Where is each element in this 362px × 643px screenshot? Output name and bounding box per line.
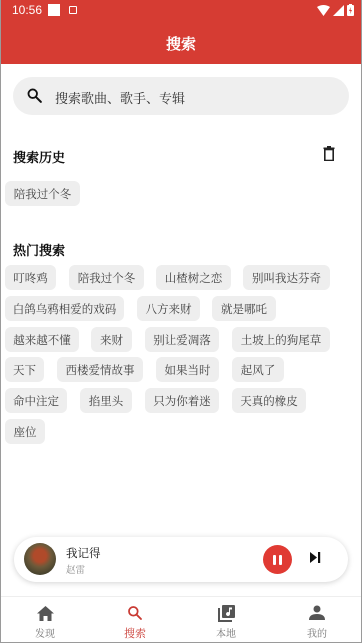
nav-label: 我的 xyxy=(307,625,327,640)
hot-search-chip[interactable]: 土坡上的狗尾草 xyxy=(232,327,330,352)
hot-search-chip[interactable]: 就是哪吒 xyxy=(212,296,276,321)
hot-search-chip[interactable]: 山楂树之恋 xyxy=(156,265,231,290)
accessibility-notification-icon xyxy=(69,6,77,14)
notification-icon xyxy=(48,4,60,16)
nav-item-discover[interactable]: 发现 xyxy=(0,597,90,643)
pause-icon-bar xyxy=(279,555,282,565)
album-cover[interactable] xyxy=(24,543,56,575)
bottom-navigation: 发现 搜索 本地 我的 xyxy=(0,596,362,643)
history-chip[interactable]: 陪我过个冬 xyxy=(5,181,80,206)
hot-search-chip[interactable]: 命中注定 xyxy=(5,388,67,413)
pause-button[interactable] xyxy=(263,545,292,574)
hot-search-chip[interactable]: 掐里头 xyxy=(80,388,132,413)
nav-item-search[interactable]: 搜索 xyxy=(90,597,180,643)
signal-icon xyxy=(333,5,344,16)
hot-search-chip[interactable]: 别叫我达芬奇 xyxy=(243,265,330,290)
search-icon xyxy=(26,87,43,104)
nav-label: 发现 xyxy=(35,625,55,640)
hot-search-chip[interactable]: 只为你着迷 xyxy=(145,388,219,413)
hot-search-chip[interactable]: 座位 xyxy=(5,419,45,444)
hot-search-chip[interactable]: 来财 xyxy=(91,327,132,352)
mini-player[interactable]: 我记得 赵雷 xyxy=(14,537,348,582)
hot-search-title: 热门搜索 xyxy=(13,240,65,259)
app-bar: 搜索 xyxy=(0,22,362,64)
status-bar: 10:56 xyxy=(0,0,362,22)
status-time: 10:56 xyxy=(12,3,42,17)
status-icons xyxy=(317,4,354,16)
hot-search-chip[interactable]: 越来越不懂 xyxy=(5,327,79,352)
search-icon xyxy=(127,605,143,621)
trash-icon[interactable] xyxy=(323,146,335,161)
library-music-icon xyxy=(218,605,235,622)
battery-charging-icon xyxy=(347,4,354,16)
song-artist: 赵雷 xyxy=(66,562,85,576)
hot-search-chip[interactable]: 起风了 xyxy=(232,357,284,382)
skip-next-icon[interactable] xyxy=(310,552,321,563)
nav-item-mine[interactable]: 我的 xyxy=(272,597,362,643)
person-icon xyxy=(309,605,325,621)
nav-item-local[interactable]: 本地 xyxy=(181,597,271,643)
hot-search-chip[interactable]: 别让爱凋落 xyxy=(145,327,219,352)
hot-search-chip[interactable]: 陪我过个冬 xyxy=(69,265,144,290)
hot-search-chip[interactable]: 叮咚鸡 xyxy=(5,265,56,290)
page-title: 搜索 xyxy=(166,33,196,54)
wifi-icon xyxy=(317,5,330,16)
song-title: 我记得 xyxy=(66,545,101,561)
hot-search-chip[interactable]: 天真的橡皮 xyxy=(232,388,306,413)
hot-search-chip[interactable]: 八方来财 xyxy=(137,296,200,321)
search-history-title: 搜索历史 xyxy=(13,147,65,166)
nav-label: 本地 xyxy=(216,625,236,640)
nav-label: 搜索 xyxy=(124,625,146,641)
search-placeholder: 搜索歌曲、歌手、专辑 xyxy=(55,88,185,107)
hot-search-chip[interactable]: 如果当时 xyxy=(156,357,219,382)
home-icon xyxy=(37,606,54,621)
hot-search-chip[interactable]: 天下 xyxy=(5,357,44,382)
hot-search-chip[interactable]: 西楼爱情故事 xyxy=(57,357,143,382)
search-input[interactable]: 搜索歌曲、歌手、专辑 xyxy=(13,77,349,115)
hot-search-chip[interactable]: 白鸽乌鸦相爱的戏码 xyxy=(5,296,124,321)
pause-icon xyxy=(273,555,276,565)
